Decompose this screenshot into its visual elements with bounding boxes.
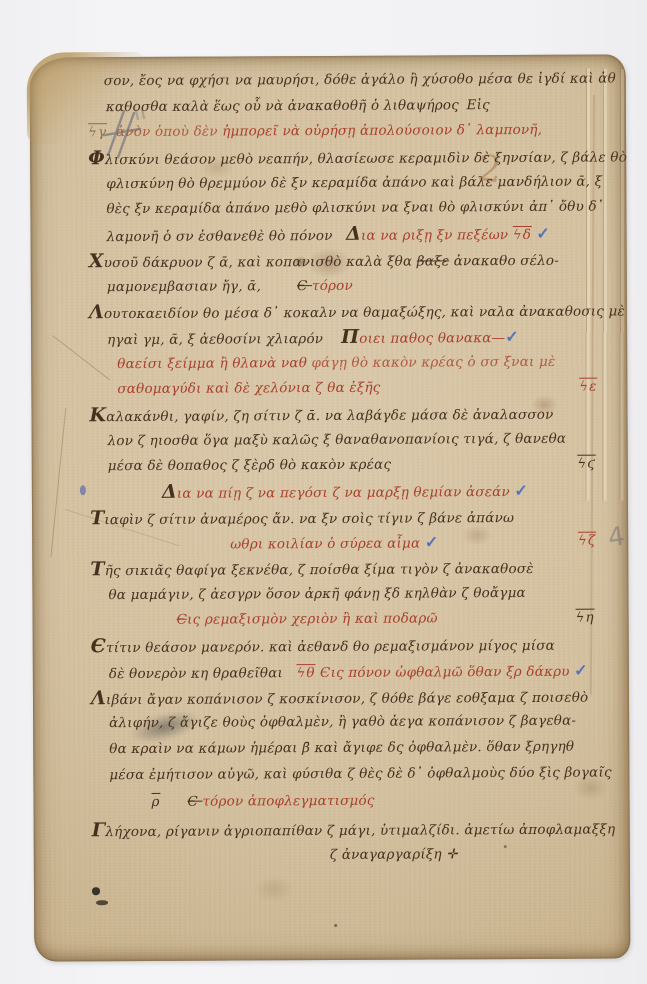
manuscript-line: Γλήχονα, ρίγανιν ἀγριοπαπίθαν ζ μάγι, ὑτ… — [92, 815, 606, 843]
manuscript-line: σαθομαγύδι καὶ δὲ χελόνια ζ θα ἑξῆςϟε — [89, 375, 603, 403]
text-run: ἀνὸν ὁποὺ δὲν — [116, 124, 222, 141]
text-run: λαμονῆ ὁ σν ἐσθανεθὲ θὸ πόνον — [107, 228, 333, 245]
manuscript-line: λαμονῆ ὁ σν ἐσθανεθὲ θὸ πόνον Δια να ριξ… — [89, 221, 603, 249]
text-run: σον, ἔος να φχήσι να μαυρήσι, δόθε ἀγάλο… — [104, 70, 616, 89]
manuscript-line: μέσα δὲ θοπαθος ζ ξὲρδ θὸ κακὸν κρέαςϟϛ — [90, 452, 604, 480]
chapter-number: ϟη — [576, 610, 595, 626]
crease-line — [50, 408, 66, 557]
ink-speck — [334, 924, 337, 927]
text-run — [287, 665, 296, 681]
manuscript-line: Καλακάνθι, γαφίν, ζη σίτιν ζ ᾱ. να λαβάγ… — [89, 401, 603, 429]
manuscript-line: θὲς ξν κεραμίδα ἀπάνο μεθὸ φλισκύνι να ξ… — [88, 195, 602, 223]
scanned-manuscript: { "colors":{ "background":"#f2f2f4", "pa… — [0, 0, 647, 984]
text-run: θα κραὶν να κάμων ἡμέραι β̄ καὶ ἄγιφε δς… — [109, 739, 574, 757]
checkmark-icon: ✓ — [514, 481, 528, 500]
checkmark-icon: ✓ — [536, 224, 550, 243]
manuscript-line: Τῆς σικιᾶς θαφίγα ξεκνέθα, ζ ποίσθα ξίμα… — [90, 555, 604, 583]
margin-group: ϟϛ — [577, 452, 596, 478]
drop-initial: Є — [91, 635, 106, 657]
drop-initial: Δ — [162, 481, 177, 503]
text-run: Εἰς — [467, 97, 490, 113]
text-run: λον ζ ηιοσθα ὅγα μαξὺ καλῶς ξ θαναθανοπα… — [108, 430, 567, 448]
text-run: αλακάνθι, γαφίν, ζη σίτιν ζ ᾱ. να λαβάγδ… — [106, 407, 553, 425]
text-run: φάγῃ θὸ κακὸν κρέας ὁ σσ ξναι μὲ — [311, 353, 555, 370]
text-run: οιει παθος θανακα — [359, 330, 491, 347]
chapter-number: ϟε — [579, 379, 597, 395]
text-run: ις ρεμαξισμὸν χεριὸν ἢ καὶ ποδαρῶ — [187, 611, 438, 628]
manuscript-line: φλισκύνη θὸ θρεμμύον δὲ ξν κεραμίδα ἀπάν… — [88, 169, 602, 197]
text-run: καθοσθα καλὰ ἕως οὗ νὰ ἀνακαθοθῆ ὁ λιθαψ… — [106, 97, 459, 115]
text-run: θὲς ξν κεραμίδα ἀπάνο μεθὸ φλισκύνι να ξ… — [106, 199, 603, 218]
text-run: — — [492, 330, 506, 346]
manuscript-text: σον, ἔος να φχήσι να μαυρήσι, δόθε ἀγάλο… — [88, 67, 606, 870]
text-run: τόρον ἀποφλεγματισμός — [202, 793, 374, 810]
text-run: Єις πόνον ὠφθαλμῶ ὅθαν ξρ δάκρυ — [315, 664, 574, 681]
text-run: μέσα δὲ θοπαθος ζ ξὲρδ θὸ κακὸν κρέας — [108, 457, 391, 474]
text-run: σαθομαγύδι καὶ δὲ χελόνια ζ θα ἑξῆς — [117, 380, 380, 397]
manuscript-line: θα μαμάγιν, ζ ἀεσγρν ὅσον ἀρκῆ φάνῃ ξδ κ… — [90, 580, 604, 608]
chapter-number: ϟζ — [578, 533, 596, 549]
text-run: λισκύνι θεάσον μεθὸ νεαπήν, θλασίεωσε κε… — [105, 150, 627, 169]
ink-spot — [80, 485, 86, 495]
text-run: μαμονεμβασιαν ἤγ, ᾱ, — [107, 278, 261, 295]
manuscript-page: 2 4 σον, ἔος να φχήσι να μαυρήσι, δόθε ἀ… — [30, 54, 631, 961]
text-run: ιβάνι ἄγαν κοπάνισον ζ κοσκίνισον, ζ θόθ… — [106, 689, 588, 708]
text-run: Є — [297, 278, 312, 294]
manuscript-line: Λουτοκαειδίον θο μέσα δ᾽ κοκαλν να θαμαξ… — [89, 298, 603, 326]
checkmark-icon: ✓ — [505, 327, 519, 346]
manuscript-line: Χυσοῦ δάκρυον ζ ᾱ, καὶ κοπανισθὸ καλὰ ξθ… — [89, 246, 603, 274]
drop-initial: Λ — [89, 301, 104, 323]
text-run: ια να ριξῃ ξν πεξέων — [361, 227, 513, 244]
manuscript-line: δὲ θονερὸν κη θραθεῖθαι ϟθ Єις πόνον ὠφθ… — [91, 657, 605, 685]
chapter-number: ϟϛ — [577, 456, 596, 472]
ink-speck — [96, 900, 108, 905]
manuscript-line: ζ ἀναγαργαρίξη ✛ — [92, 841, 606, 869]
manuscript-line: Єτίτιν θεάσον μανερόν. καὶ ἀεθανδ θο ρεμ… — [91, 632, 605, 660]
text-run: τόρον — [312, 277, 353, 293]
text-run — [160, 794, 187, 810]
manuscript-line: ηγαὶ γμ, ᾱ, ξ ἀεθοσίνι χλιαρόν Ποιει παθ… — [89, 323, 603, 351]
manuscript-line: Φλισκύνι θεάσον μεθὸ νεαπήν, θλασίεωσε κ… — [88, 144, 602, 172]
manuscript-line: Δια να πίῃ ζ να πεγόσι ζ να μαρξῃ θεμίαν… — [90, 478, 604, 506]
drop-initial: Γ — [92, 819, 106, 841]
margin-group: Εἰς — [467, 93, 490, 119]
pencil-numeral: 4 — [606, 521, 627, 553]
drop-initial: Τ — [90, 507, 104, 529]
manuscript-line: ϟγ ἀνὸν ὁποὺ δὲν ἠμπορεῖ νὰ οὐρήσῃ ἀπολο… — [88, 118, 602, 146]
text-run: δὲ θονερὸν κη θραθεῖθαι — [109, 665, 288, 682]
manuscript-line: Єις ρεμαξισμὸν χεριὸν ἢ καὶ ποδαρῶϟη — [91, 606, 605, 634]
drop-initial: Κ — [89, 404, 106, 426]
chapter-number: ϟθ — [296, 665, 315, 681]
text-run — [107, 124, 116, 140]
manuscript-line: ρ Є τόρον ἀποφλεγματισμός — [91, 788, 605, 816]
checkmark-icon: ✓ — [574, 660, 588, 679]
text-run: υσοῦ δάκρυον ζ ᾱ, καὶ κοπανισθὸ καλὰ ξθα — [104, 253, 417, 271]
text-run: ιαφὶν ζ σίτιν ἀναμέρος ἄν. να ξν σοὶς τί… — [104, 510, 514, 528]
drop-initial: Χ — [89, 250, 104, 272]
manuscript-line: σον, ἔος να φχήσι να μαυρήσι, δόθε ἀγάλο… — [88, 67, 602, 95]
manuscript-line: θα κραὶν να κάμων ἡμέραι β̄ καὶ ἄγιφε δς… — [91, 734, 605, 762]
chapter-number: ρ — [151, 794, 160, 810]
text-run: ηγαὶ γμ, ᾱ, ξ ἀεθοσίνι χλιαρόν — [107, 331, 323, 348]
drop-initial: Π — [341, 326, 359, 348]
margin-group: ϟζ — [578, 529, 596, 555]
drop-initial: Τ — [90, 558, 104, 580]
text-run: ῆς σικιᾶς θαφίγα ξεκνέθα, ζ ποίσθα ξίμα … — [105, 561, 534, 579]
chapter-number: ϟγ — [88, 125, 107, 141]
drop-initial: Δ — [346, 223, 361, 245]
manuscript-line: λον ζ ηιοσθα ὅγα μαξὺ καλῶς ξ θαναθανοπα… — [90, 426, 604, 454]
text-run: τίτιν θεάσον μανερόν. καὶ ἀεθανδ θο ρεμα… — [106, 638, 555, 656]
manuscript-line: ἀλιφήν, ζ ἄγιζε θοὺς ὀφθαλμὲν, ἢ γαθὸ ἀε… — [91, 709, 605, 737]
chapter-number: ϟδ — [513, 227, 532, 243]
drop-initial: Λ — [91, 687, 106, 709]
ink-speck — [92, 887, 100, 895]
text-run: ἀνακαθο σέλο- — [449, 253, 559, 270]
text-run: θαείσι ξείμμα ἢ θλανὰ ναθ — [117, 355, 311, 372]
text-run: λήχονα, ρίγανιν ἀγριοπαπίθαν ζ μάγι, ὑτι… — [105, 821, 615, 840]
text-run: φλισκύνη θὸ θρεμμύον δὲ ξν κεραμίδα ἀπάν… — [106, 173, 602, 192]
text-run — [261, 278, 297, 294]
text-run: θα μαμάγιν, ζ ἀεσγρν ὅσον ἀρκῆ φάνῃ ξδ κ… — [108, 585, 525, 603]
manuscript-line: μαμονεμβασιαν ἤγ, ᾱ, Є τόρον — [89, 272, 603, 300]
margin-group: ϟε — [579, 375, 597, 401]
text-run: ἠμπορεῖ νὰ οὐρήσῃ ἀπολούσοιον δ᾽ λαμπονῆ… — [222, 122, 542, 140]
text-run: μέσα ἐμήτισον αὐγῶ, καὶ φύσιθα ζ θὲς δὲ … — [109, 764, 611, 783]
manuscript-line: καθοσθα καλὰ ἕως οὗ νὰ ἀνακαθοθῆ ὁ λιθαψ… — [88, 92, 602, 120]
text-run — [333, 228, 347, 244]
text-run — [323, 331, 341, 347]
text-run: Є — [187, 794, 202, 810]
text-run: ουτοκαειδίον θο μέσα δ᾽ κοκαλν να θαμαξώ… — [104, 304, 625, 323]
manuscript-line: Λιβάνι ἄγαν κοπάνισον ζ κοσκίνισον, ζ θό… — [91, 683, 605, 711]
text-run: ια να πίῃ ζ να πεγόσι ζ να μαρξῃ θεμίαν … — [177, 484, 515, 502]
manuscript-line: ωθρι κοιλίαν ὁ σύρεα αἷμα ✓ϟζ — [90, 529, 604, 557]
text-run: ωθρι κοιλίαν ὁ σύρεα αἷμα — [230, 536, 425, 553]
checkmark-icon: ✓ — [425, 533, 439, 552]
text-run: ζ ἀναγαργαρίξη ✛ — [330, 846, 458, 863]
manuscript-line: θαείσι ξείμμα ἢ θλανὰ ναθ φάγῃ θὸ κακὸν … — [89, 349, 603, 377]
stain — [254, 876, 294, 902]
manuscript-line: Τιαφὶν ζ σίτιν ἀναμέρος ἄν. να ξν σοὶς τ… — [90, 503, 604, 531]
margin-group: ϟη — [576, 606, 595, 632]
drop-initial: Φ — [88, 147, 105, 169]
manuscript-line: μέσα ἐμήτισον αὐγῶ, καὶ φύσιθα ζ θὲς δὲ … — [91, 760, 605, 788]
text-run: ἀλιφήν, ζ ἄγιζε θοὺς ὀφθαλμὲν, ἢ γαθὸ ἀε… — [109, 713, 576, 731]
text-run: βαξε — [417, 253, 449, 269]
text-run: Є — [177, 612, 188, 628]
